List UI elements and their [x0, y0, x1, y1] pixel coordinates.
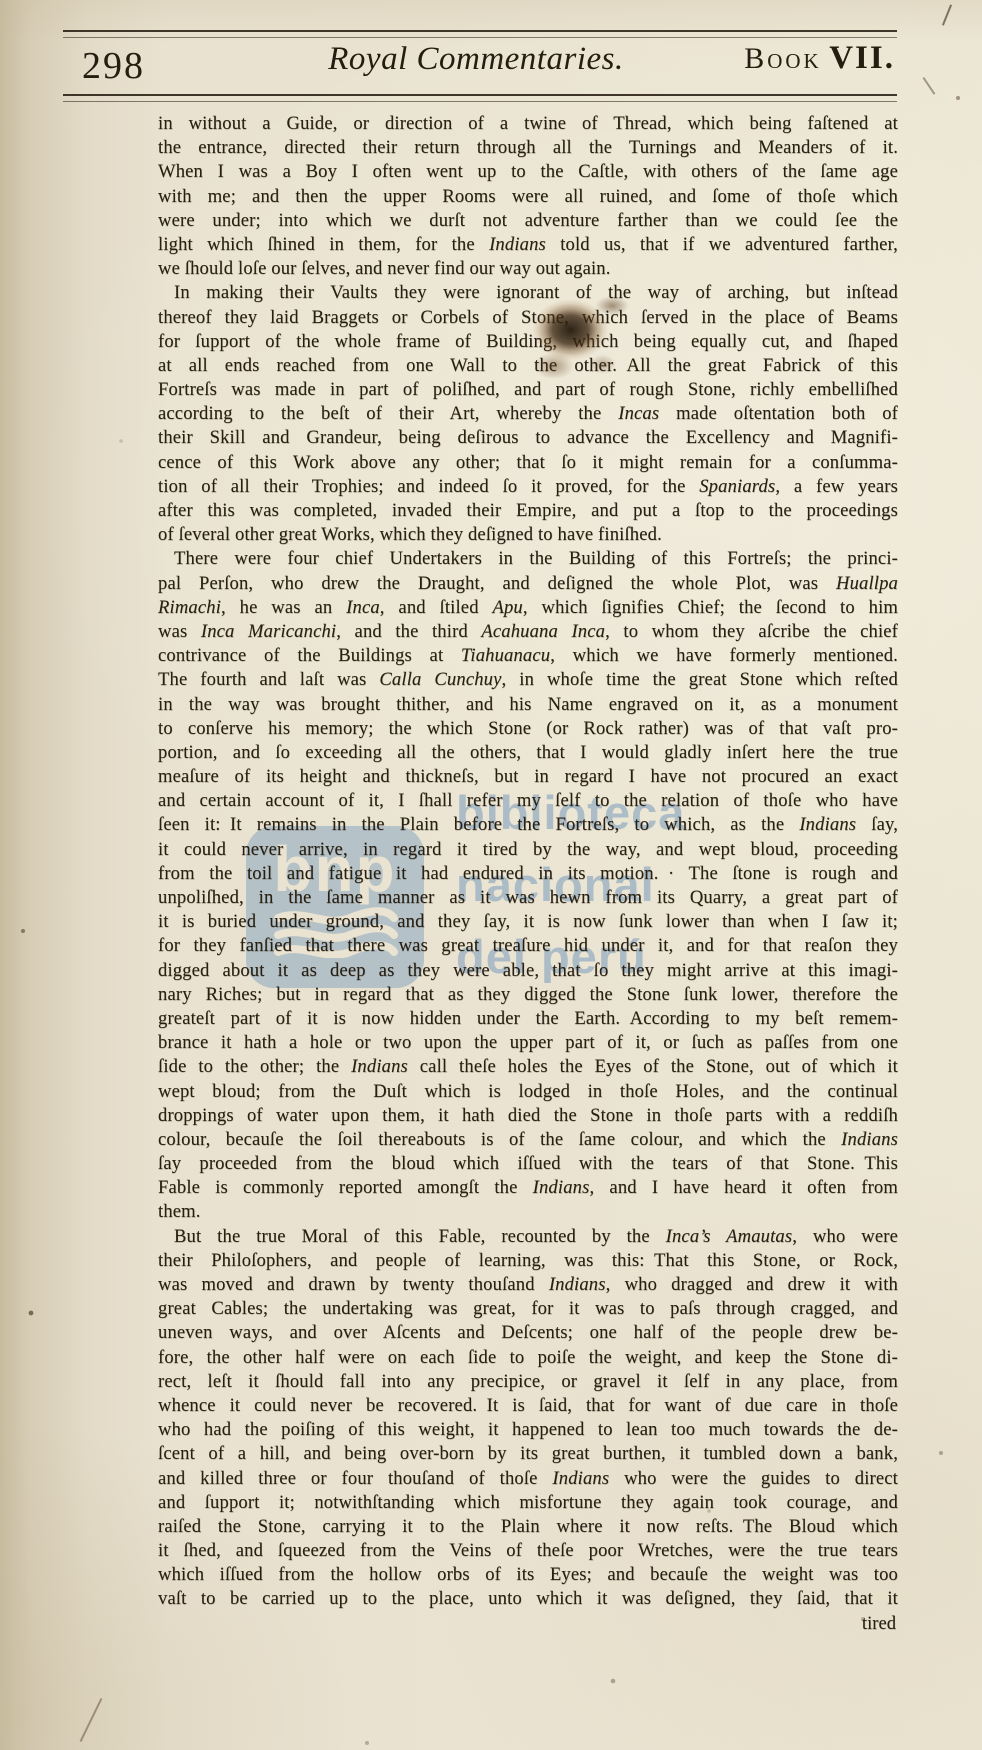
- text-line: great Cables; the undertaking was great,…: [158, 1297, 898, 1321]
- text-line: uneven ways, and over Aſcents and Deſcen…: [158, 1321, 898, 1345]
- text-line: was Inca Maricanchi, and the third Acahu…: [158, 620, 898, 644]
- text-line: in the way was brought thither, and his …: [158, 693, 898, 717]
- text-line: in without a Guide, or direction of a tw…: [158, 112, 898, 136]
- text-line: When I was a Boy I often went up to the …: [158, 160, 898, 184]
- text-line: tion of all their Trophies; and indeed ſ…: [158, 475, 898, 499]
- text-line: it is buried under ground, and they ſay,…: [158, 910, 898, 934]
- text-line: ſeen it: It remains in the Plain before …: [158, 813, 898, 837]
- text-line: according to the beſt of their Art, wher…: [158, 402, 898, 426]
- text-line: their Philoſophers, and people of learni…: [158, 1249, 898, 1273]
- text-line: after this was completed, invaded their …: [158, 499, 898, 523]
- text-line: droppings of water upon them, it hath di…: [158, 1104, 898, 1128]
- text-line: and ſupport it; notwithſtanding which mi…: [158, 1491, 898, 1515]
- text-line: colour, becauſe the ſoil thereabouts is …: [158, 1128, 898, 1152]
- text-line: vaſt to be carried up to the place, unto…: [158, 1587, 898, 1611]
- text-line: light which ſhined in them, for the Indi…: [158, 233, 898, 257]
- text-line: to conſerve his memory; the which Stone …: [158, 717, 898, 741]
- text-line: Fortreſs was made in part of poliſhed, a…: [158, 378, 898, 402]
- text-line: meaſure of its height and thickneſs, but…: [158, 765, 898, 789]
- text-line: from the toil and fatigue it had endured…: [158, 862, 898, 886]
- text-line: it ſhed, and ſqueezed from the Veins of …: [158, 1539, 898, 1563]
- text-line: and killed three or four thouſand of tho…: [158, 1467, 898, 1491]
- text-line: we ſhould loſe our ſelves, and never fin…: [158, 257, 898, 281]
- text-line: ſcent of a hill, and being over-born by …: [158, 1442, 898, 1466]
- text-line: and certain account of it, I ſhall refer…: [158, 789, 898, 813]
- text-line: them.: [158, 1200, 898, 1224]
- book-page-scan: { "header": { "page_number": "298", "run…: [0, 0, 982, 1750]
- text-line: digged about it as deep as they were abl…: [158, 959, 898, 983]
- text-line: pal Perſon, who drew the Draught, and de…: [158, 572, 898, 596]
- text-line: rect, leſt it ſhould fall into any preci…: [158, 1370, 898, 1394]
- text-line: But the true Moral of this Fable, recoun…: [158, 1225, 898, 1249]
- catchword: tired: [158, 1613, 896, 1635]
- text-line: whence it could never be recovered. It i…: [158, 1394, 898, 1418]
- text-line: greateſt part of it is now hidden under …: [158, 1007, 898, 1031]
- text-line: cence of this Work above any other; that…: [158, 451, 898, 475]
- text-line: There were four chief Undertakers in the…: [158, 547, 898, 571]
- text-line: for they fanſied that there was great tr…: [158, 934, 898, 958]
- text-line: of ſeveral other great Works, which they…: [158, 523, 898, 547]
- paper-specks: [0, 0, 2, 2]
- text-line: portion, and ſo exceeding all the others…: [158, 741, 898, 765]
- text-line: raiſed the Stone, carrying it to the Pla…: [158, 1515, 898, 1539]
- text-line: contrivance of the Buildings at Tiahuana…: [158, 644, 898, 668]
- text-line: Rimachi, he was an Inca, and ſtiled Apu,…: [158, 596, 898, 620]
- text-line: was moved and drawn by twenty thouſand I…: [158, 1273, 898, 1297]
- text-line: fore, the other half were on each ſide t…: [158, 1346, 898, 1370]
- text-line: ſay proceeded from the bloud which iſſue…: [158, 1152, 898, 1176]
- text-line: ſide to the other; the Indians call theſ…: [158, 1055, 898, 1079]
- text-line: their Skill and Grandeur, being deſirous…: [158, 426, 898, 450]
- text-line: the entrance, directed their return thro…: [158, 136, 898, 160]
- text-line: brance it hath a hole or two upon the up…: [158, 1031, 898, 1055]
- text-line: The fourth and laſt was Calla Cunchuy, i…: [158, 668, 898, 692]
- ink-blot: [524, 292, 640, 378]
- text-line: nary Riches; but in regard that as they …: [158, 983, 898, 1007]
- text-line: with me; and then the upper Rooms were a…: [158, 185, 898, 209]
- text-line: wept bloud; from the Duſt which is lodge…: [158, 1080, 898, 1104]
- text-line: which iſſued from the hollow orbs of its…: [158, 1563, 898, 1587]
- text-line: it could never arrive, in regard it tire…: [158, 838, 898, 862]
- text-line: unpoliſhed, in the ſame manner as it was…: [158, 886, 898, 910]
- text-line: Fable is commonly reported amongſt the I…: [158, 1176, 898, 1200]
- text-line: who had the poiſing of this weight, it h…: [158, 1418, 898, 1442]
- text-line: were under; into which we durſt not adve…: [158, 209, 898, 233]
